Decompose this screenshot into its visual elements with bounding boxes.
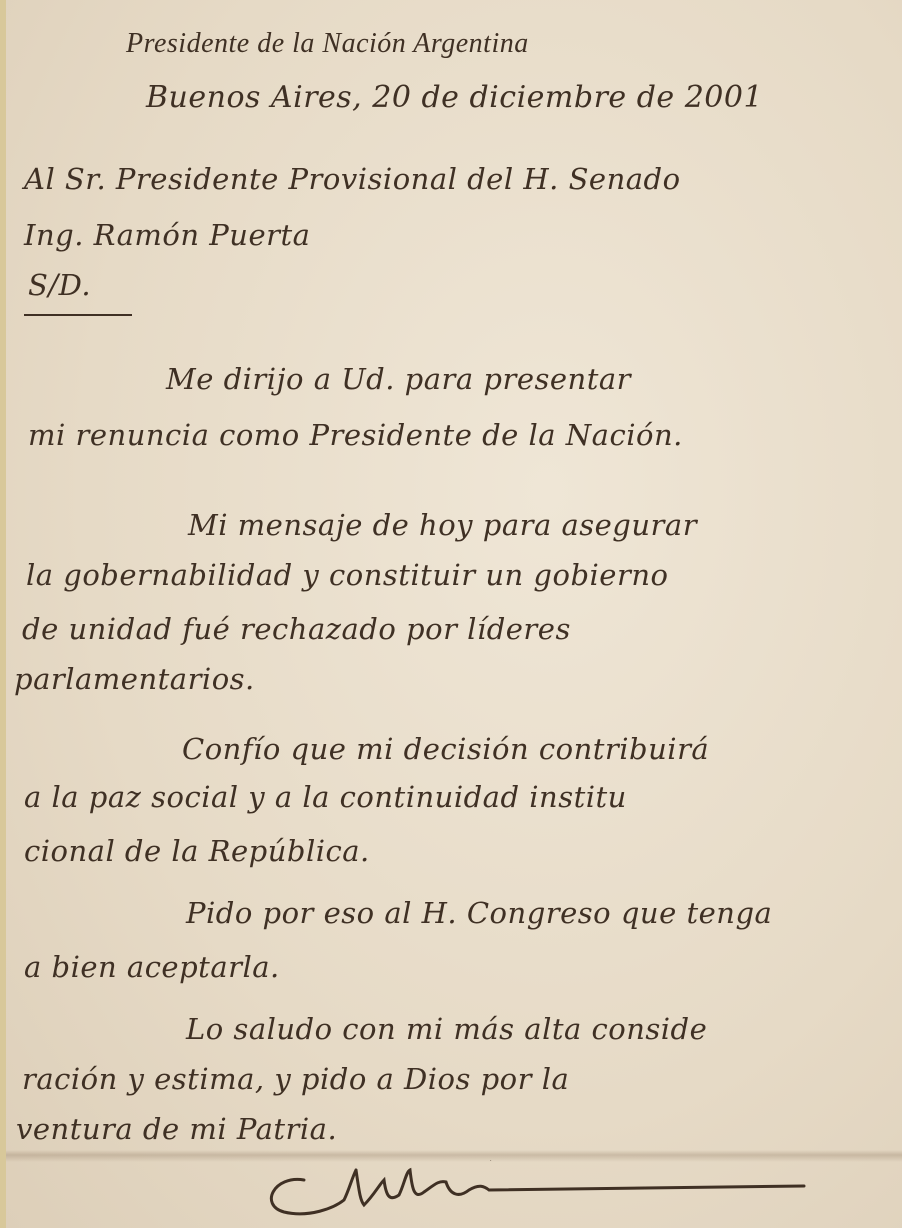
body-line: parlamentarios. xyxy=(14,662,255,696)
body-line: mi renuncia como Presidente de la Nación… xyxy=(28,418,683,452)
body-line: a la paz social y a la continuidad insti… xyxy=(24,780,627,814)
dateline: Buenos Aires, 20 de diciembre de 2001 xyxy=(146,80,763,115)
addressee-line: Al Sr. Presidente Provisional del H. Sen… xyxy=(24,162,681,196)
body-line: Lo saludo con mi más alta conside xyxy=(186,1012,707,1046)
addressee-line: Ing. Ramón Puerta xyxy=(24,218,310,252)
underline-rule xyxy=(24,314,132,316)
body-line: de unidad fué rechazado por líderes xyxy=(22,612,571,646)
body-line: a bien aceptarla. xyxy=(24,950,280,984)
letter-page: Presidente de la Nación Argentina Buenos… xyxy=(0,0,902,1228)
body-line: ventura de mi Patria. xyxy=(16,1112,337,1146)
body-line: cional de la República. xyxy=(24,834,370,868)
letterhead: Presidente de la Nación Argentina xyxy=(126,28,529,60)
body-line: Mi mensaje de hoy para asegurar xyxy=(188,508,697,542)
body-line: ración y estima, y pido a Dios por la xyxy=(22,1062,569,1096)
signature xyxy=(264,1160,824,1220)
body-line: la gobernabilidad y constituir un gobier… xyxy=(26,558,668,592)
addressee-line: S/D. xyxy=(28,268,91,302)
body-line: Me dirijo a Ud. para presentar xyxy=(166,362,631,396)
body-line: Confío que mi decisión contribuirá xyxy=(182,732,709,766)
body-line: Pido por eso al H. Congreso que tenga xyxy=(186,896,772,930)
